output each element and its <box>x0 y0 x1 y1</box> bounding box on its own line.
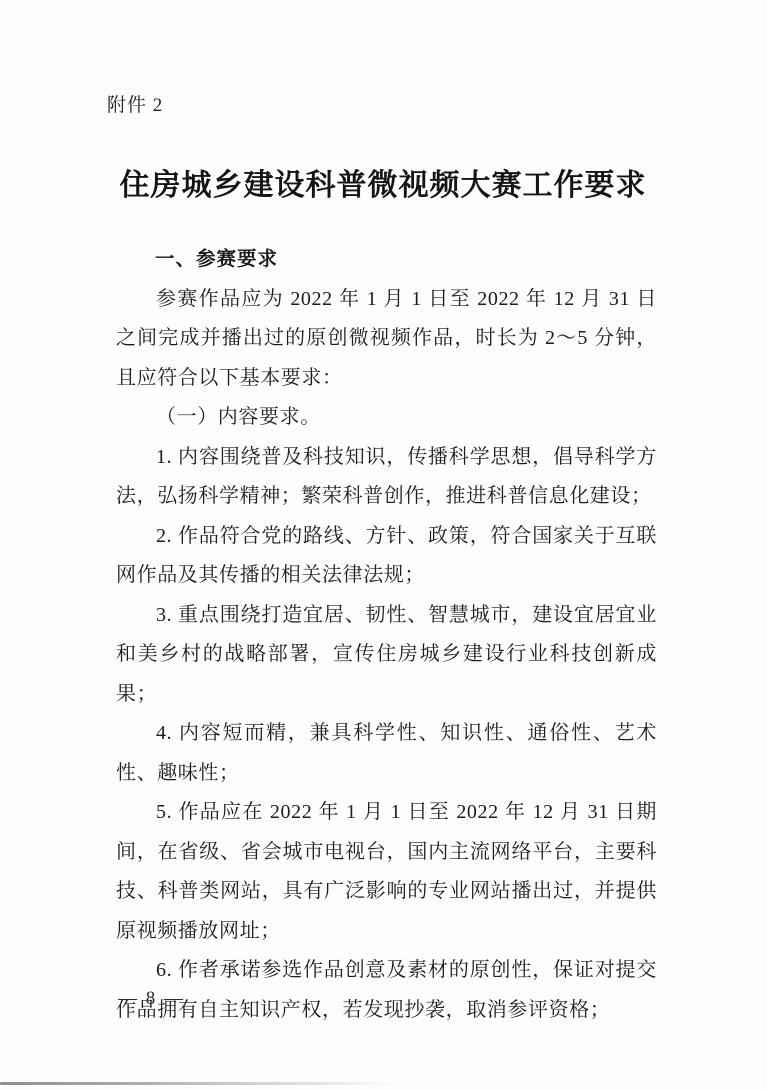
paragraph: 2. 作品符合党的路线、方针、政策，符合国家关于互联网作品及其传播的相关法律法规… <box>116 517 657 596</box>
scanned-document-page: 附件 2 住房城乡建设科普微视频大赛工作要求 一、参赛要求 参赛作品应为 202… <box>0 0 767 1090</box>
paragraph: （一）内容要求。 <box>116 398 657 438</box>
scan-edge-artifact <box>0 1082 400 1085</box>
paragraph: 参赛作品应为 2022 年 1 月 1 日至 2022 年 12 月 31 日之… <box>116 280 657 399</box>
paragraph: 4. 内容短而精，兼具科学性、知识性、通俗性、艺术性、趣味性； <box>116 714 657 793</box>
paragraph: 5. 作品应在 2022 年 1 月 1 日至 2022 年 12 月 31 日… <box>116 793 657 951</box>
paragraph: 3. 重点围绕打造宜居、韧性、智慧城市，建设宜居宜业和美乡村的战略部署，宣传住房… <box>116 596 657 715</box>
attachment-label: 附件 2 <box>107 90 163 117</box>
section-heading: 一、参赛要求 <box>116 240 657 280</box>
document-title: 住房城乡建设科普微视频大赛工作要求 <box>113 160 653 204</box>
paragraph: 1. 内容围绕普及科技知识，传播科学思想，倡导科学方法，弘扬科学精神；繁荣科普创… <box>116 438 657 517</box>
document-body: 一、参赛要求 参赛作品应为 2022 年 1 月 1 日至 2022 年 12 … <box>116 240 657 1030</box>
page-number: — 8 — <box>118 988 185 1010</box>
paragraph: 6. 作者承诺参选作品创意及素材的原创性，保证对提交作品拥有自主知识产权，若发现… <box>116 951 657 1030</box>
